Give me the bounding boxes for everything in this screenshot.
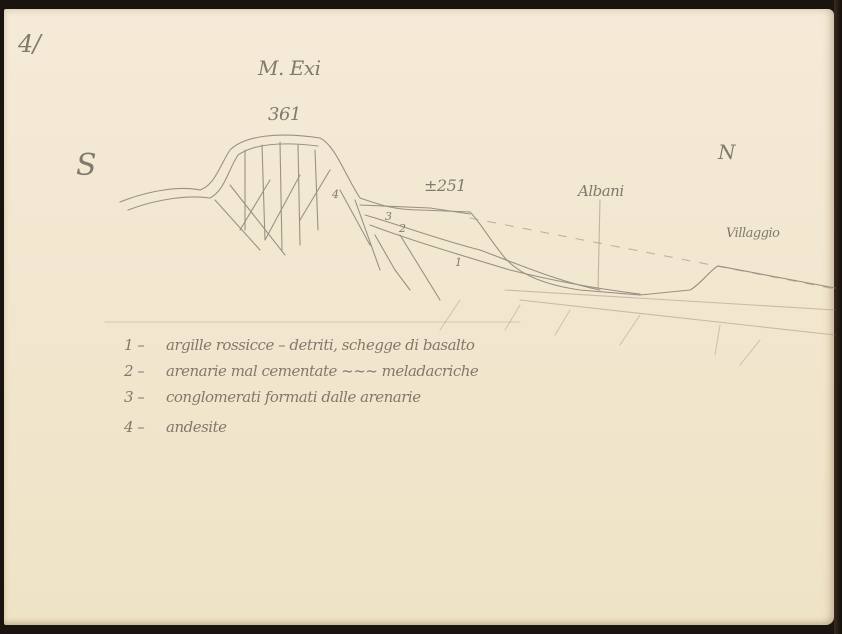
legend-item: 4 –andesite [124,418,226,436]
legend-text: andesite [166,418,226,436]
legend-text: argille rossicce – detriti, schegge di b… [166,336,474,354]
geological-cross-section-drawing [0,0,842,634]
legend-number: 2 – [124,362,166,380]
layer-marker-4: 4 [332,188,339,201]
summit-label: M. Exi [258,56,320,80]
corner-page-mark: 4/ [18,30,40,58]
legend-number: 4 – [124,418,166,436]
layer-marker-1: 1 [455,256,462,269]
north-mark: N [718,140,735,164]
place-label-villaggio: Villaggio [726,226,780,241]
legend-number: 1 – [124,336,166,354]
side-letter: S [76,148,96,183]
legend-number: 3 – [124,388,166,406]
legend-text: conglomerati formati dalle arenarie [166,388,421,406]
place-label-albani: Albani [578,182,624,200]
legend-item: 3 –conglomerati formati dalle arenarie [124,388,421,406]
legend-text: arenarie mal cementate ~~~ meladacriche [166,362,478,380]
layer-marker-3: 3 [385,210,392,223]
legend-item: 1 –argille rossicce – detriti, schegge d… [124,336,474,354]
summit-elevation: 361 [268,104,301,125]
spot-elevation: ±251 [424,176,466,195]
legend-item: 2 –arenarie mal cementate ~~~ meladacric… [124,362,478,380]
layer-marker-2: 2 [399,222,406,235]
